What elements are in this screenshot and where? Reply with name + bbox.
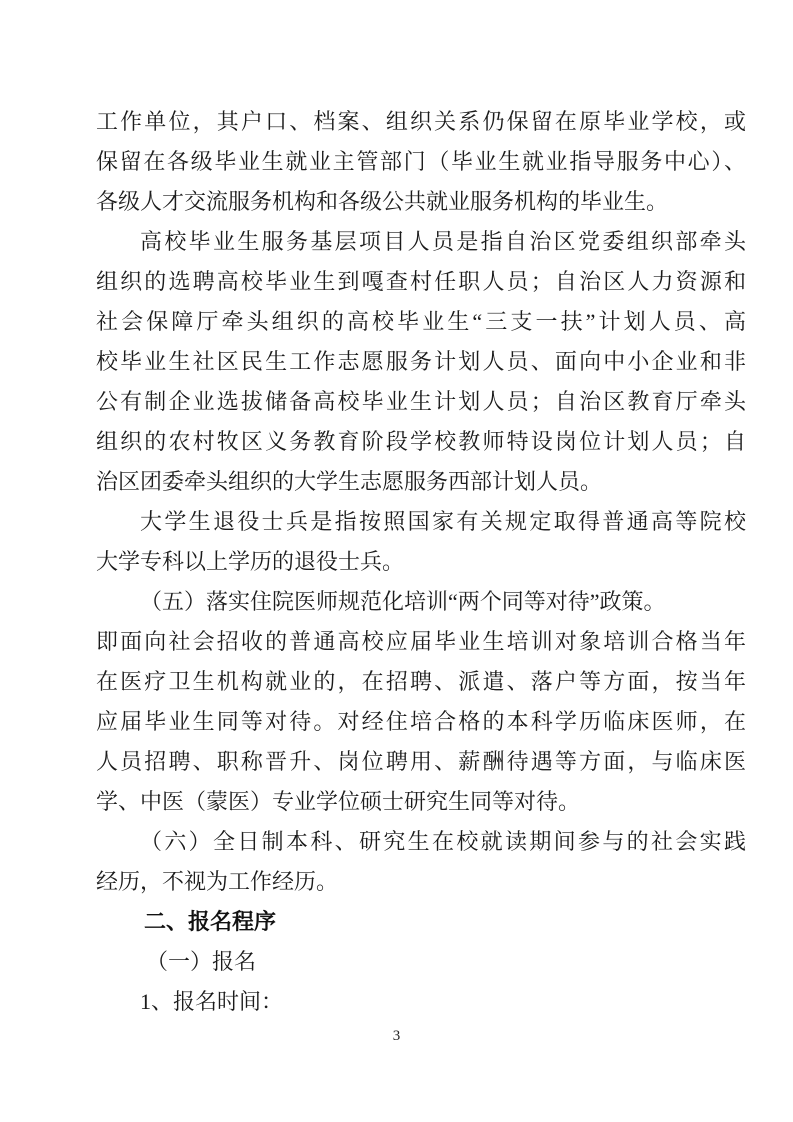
body-text-line: 组织的农村牧区义务教育阶段学校教师特设岗位计划人员；自 xyxy=(96,422,746,462)
body-text-line: 人员招聘、职称晋升、岗位聘用、薪酬待遇等方面，与临床医 xyxy=(96,742,746,782)
body-text-line: 公有制企业选拔储备高校毕业生计划人员；自治区教育厅牵头 xyxy=(96,382,746,422)
page-number: 3 xyxy=(0,1026,793,1046)
body-text-line: （五）落实住院医师规范化培训“两个同等对待”政策。 xyxy=(96,582,746,622)
subsection-heading: （一）报名 xyxy=(96,942,746,982)
body-text-line: 工作单位，其户口、档案、组织关系仍保留在原毕业学校，或 xyxy=(96,102,746,142)
body-text-line: 经历，不视为工作经历。 xyxy=(96,862,746,902)
body-text-line: 在医疗卫生机构就业的，在招聘、派遣、落户等方面，按当年 xyxy=(96,662,746,702)
section-heading: 二、报名程序 xyxy=(96,902,746,942)
body-text-line: 保留在各级毕业生就业主管部门（毕业生就业指导服务中心）、 xyxy=(96,142,746,182)
body-text-line: 学、中医（蒙医）专业学位硕士研究生同等对待。 xyxy=(96,782,746,822)
body-text-line: 大学生退役士兵是指按照国家有关规定取得普通高等院校 xyxy=(96,502,746,542)
body-text-line: 组织的选聘高校毕业生到嘎查村任职人员；自治区人力资源和 xyxy=(96,262,746,302)
document-page: 工作单位，其户口、档案、组织关系仍保留在原毕业学校，或 保留在各级毕业生就业主管… xyxy=(0,0,793,1122)
body-text-line: 高校毕业生服务基层项目人员是指自治区党委组织部牵头 xyxy=(96,222,746,262)
body-text-line: 即面向社会招收的普通高校应届毕业生培训对象培训合格当年 xyxy=(96,622,746,662)
document-body: 工作单位，其户口、档案、组织关系仍保留在原毕业学校，或 保留在各级毕业生就业主管… xyxy=(96,102,746,1022)
body-text-line: 社会保障厅牵头组织的高校毕业生“三支一扶”计划人员、高 xyxy=(96,302,746,342)
body-text-line: 应届毕业生同等对待。对经住培合格的本科学历临床医师，在 xyxy=(96,702,746,742)
body-text-line: 校毕业生社区民生工作志愿服务计划人员、面向中小企业和非 xyxy=(96,342,746,382)
body-text-line: 治区团委牵头组织的大学生志愿服务西部计划人员。 xyxy=(96,462,746,502)
body-text-line: （六）全日制本科、研究生在校就读期间参与的社会实践 xyxy=(96,822,746,862)
body-text-line: 各级人才交流服务机构和各级公共就业服务机构的毕业生。 xyxy=(96,182,746,222)
body-text-line: 大学专科以上学历的退役士兵。 xyxy=(96,542,746,582)
list-item-signup-time: 1、报名时间： xyxy=(96,982,746,1022)
